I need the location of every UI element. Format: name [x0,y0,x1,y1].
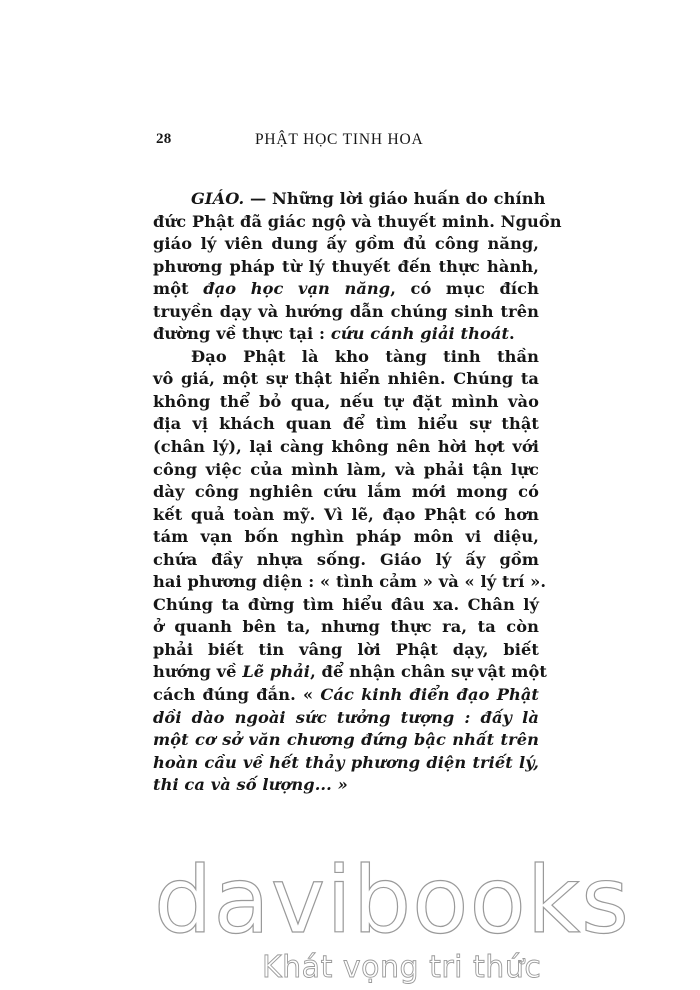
italic-text: Các kinh điển đạo Phật [320,685,539,704]
text-line: vô giá, một sự thật hiển nhiên. Chúng ta [153,368,539,391]
text-segment: kết quả toàn mỹ. Vì lẽ, đạo Phật có hơn [153,505,539,524]
text-line: kết quả toàn mỹ. Vì lẽ, đạo Phật có hơn [153,504,539,527]
text-segment: giáo lý viên dung ấy gồm đủ công năng, [153,234,539,253]
text-segment: chứa đầy nhựa sống. Giáo lý ấy gồm [153,550,539,569]
text-line: một cơ sở văn chương đứng bậc nhất trên [153,729,539,752]
page-header: 28 PHẬT HỌC TINH HOA [156,131,556,155]
text-line: (chân lý), lại càng không nên hời hợt vớ… [153,436,539,459]
text-segment: , để nhận chân sự vật một [310,662,547,681]
italic-text: đạo học vạn năng [203,279,390,298]
text-line: hướng về Lẽ phải, để nhận chân sự vật mộ… [153,661,539,684]
text-line: Chúng ta đừng tìm hiểu đâu xa. Chân lý [153,594,539,617]
text-line: hai phương diện : « tình cảm » và « lý t… [153,571,539,594]
text-segment: cách đúng đắn. « [153,685,320,704]
italic-text: cứu cánh giải thoát [331,324,509,343]
text-line: Đạo Phật là kho tàng tinh thần [153,346,539,369]
text-segment: tám vạn bốn nghìn pháp môn vi diệu, [153,527,539,546]
text-line: thi ca và số lượng... » [153,774,539,797]
text-segment: dày công nghiên cứu lắm mới mong có [153,482,539,501]
page-number: 28 [156,131,172,148]
text-line: cách đúng đắn. « Các kinh điển đạo Phật [153,684,539,707]
text-segment: vô giá, một sự thật hiển nhiên. Chúng ta [153,369,539,388]
text-line: đường về thực tại : cứu cánh giải thoát. [153,323,539,346]
text-segment: Đạo Phật là kho tàng tinh thần [191,347,539,366]
watermark-tagline: Khát vọng tri thức [262,952,541,984]
text-line: dồi dào ngoài sức tưởng tượng : đấy là [153,707,539,730]
text-line: GIÁO. — Những lời giáo huấn do chính [153,188,539,211]
text-line: giáo lý viên dung ấy gồm đủ công năng, [153,233,539,256]
watermark-brand: davibooks [154,855,630,947]
text-segment: một [153,279,203,298]
text-segment: hai phương diện : « tình cảm » và « lý t… [153,572,546,591]
italic-text: GIÁO. [191,189,244,208]
text-segment: , có mục đích [390,279,539,298]
text-line: không thể bỏ qua, nếu tự đặt mình vào [153,391,539,414]
body-text: GIÁO. — Những lời giáo huấn do chínhđức … [153,188,539,797]
text-segment: phương pháp từ lý thuyết đến thực hành, [153,257,539,276]
text-line: một đạo học vạn năng, có mục đích [153,278,539,301]
watermark: davibooks Khát vọng tri thức [152,855,572,990]
text-segment: (chân lý), lại càng không nên hời hợt vớ… [153,437,539,456]
running-title: PHẬT HỌC TINH HOA [255,131,423,149]
text-segment: . [509,324,515,343]
italic-text: dồi dào ngoài sức tưởng tượng : đấy là [153,708,539,727]
text-segment: không thể bỏ qua, nếu tự đặt mình vào [153,392,539,411]
italic-text: thi ca và số lượng... » [153,775,348,794]
text-line: chứa đầy nhựa sống. Giáo lý ấy gồm [153,549,539,572]
italic-text: Lẽ phải [242,662,310,681]
italic-text: hoàn cầu về hết thảy phương diện triết l… [153,753,539,772]
text-line: truyền dạy và hướng dẫn chúng sinh trên [153,301,539,324]
text-line: phương pháp từ lý thuyết đến thực hành, [153,256,539,279]
text-segment: đường về thực tại : [153,324,331,343]
text-segment: Chúng ta đừng tìm hiểu đâu xa. Chân lý [153,595,539,614]
italic-text: một cơ sở văn chương đứng bậc nhất trên [153,730,539,749]
text-line: hoàn cầu về hết thảy phương diện triết l… [153,752,539,775]
text-segment: đức Phật đã giác ngộ và thuyết minh. Ngu… [153,212,562,231]
text-segment: hướng về [153,662,242,681]
text-segment: — Những lời giáo huấn do chính [244,189,545,208]
text-segment: công việc của mình làm, và phải tận lực [153,460,539,479]
text-line: đức Phật đã giác ngộ và thuyết minh. Ngu… [153,211,539,234]
text-line: dày công nghiên cứu lắm mới mong có [153,481,539,504]
text-segment: truyền dạy và hướng dẫn chúng sinh trên [153,302,539,321]
text-line: tám vạn bốn nghìn pháp môn vi diệu, [153,526,539,549]
text-line: công việc của mình làm, và phải tận lực [153,459,539,482]
text-segment: ở quanh bên ta, nhưng thực ra, ta còn [153,617,539,636]
text-line: địa vị khách quan để tìm hiểu sự thật [153,413,539,436]
text-segment: địa vị khách quan để tìm hiểu sự thật [153,414,539,433]
text-line: phải biết tin vâng lời Phật dạy, biết [153,639,539,662]
text-segment: phải biết tin vâng lời Phật dạy, biết [153,640,539,659]
text-line: ở quanh bên ta, nhưng thực ra, ta còn [153,616,539,639]
